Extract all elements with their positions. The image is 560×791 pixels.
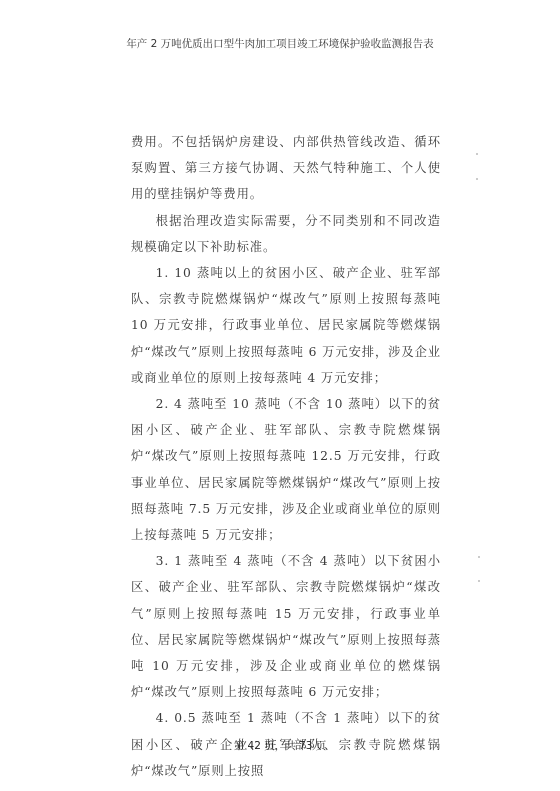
document-body: 费用。不包括锅炉房建设、内部供热管线改造、循环泵购置、第三方接气协调、天然气特种… (131, 129, 441, 784)
paragraph-continuation: 费用。不包括锅炉房建设、内部供热管线改造、循环泵购置、第三方接气协调、天然气特种… (131, 129, 441, 208)
paragraph-item-1: 1. 10 蒸吨以上的贫困小区、破产企业、驻军部队、宗教寺院燃煤锅炉“煤改气”原… (131, 260, 441, 391)
paragraph-item-3: 3. 1 蒸吨至 4 蒸吨（不含 4 蒸吨）以下贫困小区、破产企业、驻军部队、宗… (131, 548, 441, 705)
scan-speck (476, 153, 478, 155)
scan-speck (476, 178, 478, 180)
scan-speck (478, 556, 480, 558)
paragraph-intro: 根据治理改造实际需要，分不同类别和不同改造规模确定以下补助标准。 (131, 208, 441, 260)
document-header-title: 年产 2 万吨优质出口型牛肉加工项目竣工环境保护验收监测报告表 (0, 36, 560, 51)
scan-speck (478, 580, 480, 582)
page-number: 第 42 页，共 73 页 (0, 738, 560, 753)
paragraph-item-2: 2. 4 蒸吨至 10 蒸吨（不含 10 蒸吨）以下的贫困小区、破产企业、驻军部… (131, 391, 441, 548)
